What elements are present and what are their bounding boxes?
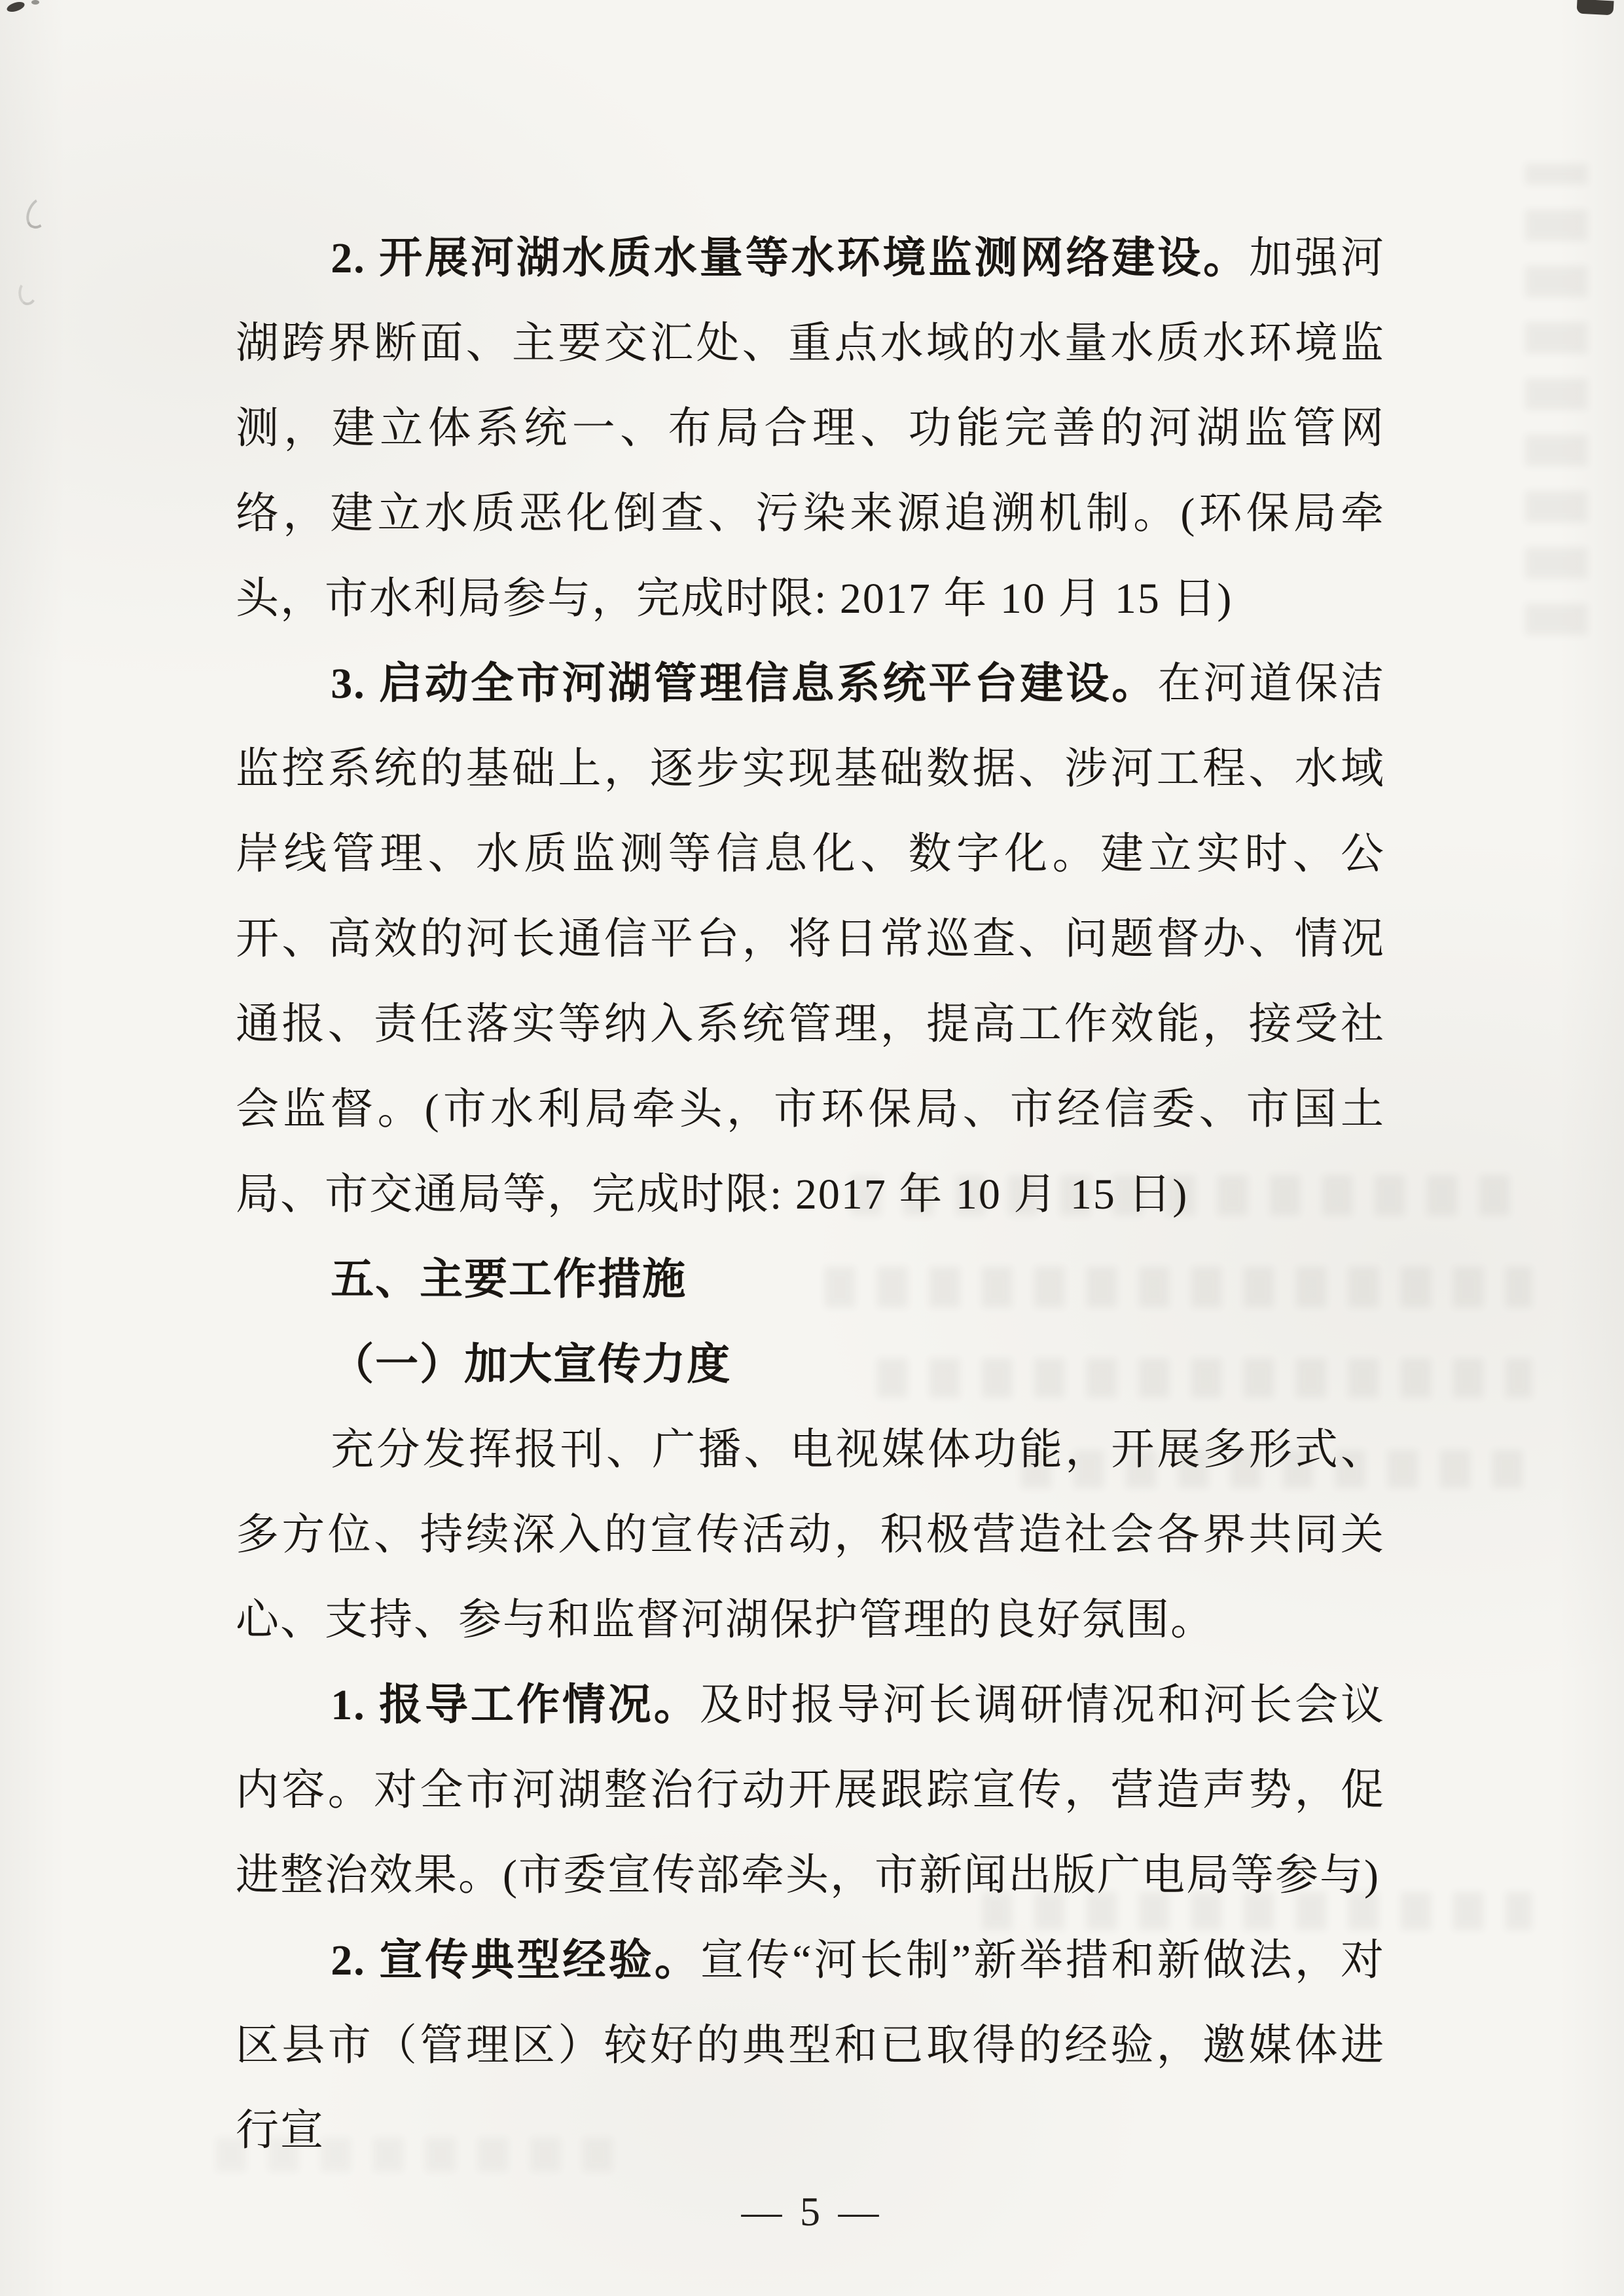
page-number: — 5 — [0,2189,1624,2236]
margin-squiggle [23,194,54,232]
measure-item-1-lead: 1. 报导工作情况。 [331,1681,700,1729]
measure-item-1: 1. 报导工作情况。及时报导河长调研情况和河长会议内容。对全市河湖整治行动开展跟… [236,1663,1385,1918]
bleedthrough-right-column [1525,164,1587,635]
paragraph-item-3-body: 在河道保洁监控系统的基础上，逐步实现基础数据、涉河工程、水域岸线管理、水质监测等… [236,660,1385,1218]
paragraph-item-2-lead: 2. 开展河湖水质水量等水环境监测网络建设。 [331,234,1249,282]
paragraph-item-2-body: 加强河湖跨界断面、主要交汇处、重点水域的水量水质水环境监测，建立体系统一、布局合… [236,234,1385,623]
measure-item-2: 2. 宣传典型经验。宣传“河长制”新举措和新做法，对区县市（管理区）较好的典型和… [236,1918,1385,2174]
scan-speck [31,0,39,5]
scan-speck [1576,0,1614,15]
scanned-page: 2. 开展河湖水质水量等水环境监测网络建设。加强河湖跨界断面、主要交汇处、重点水… [0,0,1624,2296]
paragraph-item-3: 3. 启动全市河湖管理信息系统平台建设。在河道保洁监控系统的基础上，逐步实现基础… [236,642,1385,1237]
paragraph-item-2: 2. 开展河湖水质水量等水环境监测网络建设。加强河湖跨界断面、主要交汇处、重点水… [236,216,1385,642]
document-body: 2. 开展河湖水质水量等水环境监测网络建设。加强河湖跨界断面、主要交汇处、重点水… [236,216,1385,2174]
section-heading: 五、主要工作措施 [236,1237,1385,1322]
intro-paragraph: 充分发挥报刊、广播、电视媒体功能，开展多形式、多方位、持续深入的宣传活动，积极营… [236,1408,1385,1663]
margin-squiggle [16,279,38,306]
scan-speck [6,0,26,14]
subsection-heading: （一）加大宣传力度 [236,1322,1385,1408]
measure-item-2-lead: 2. 宣传典型经验。 [331,1937,700,1984]
paragraph-item-3-lead: 3. 启动全市河湖管理信息系统平台建设。 [331,660,1157,708]
